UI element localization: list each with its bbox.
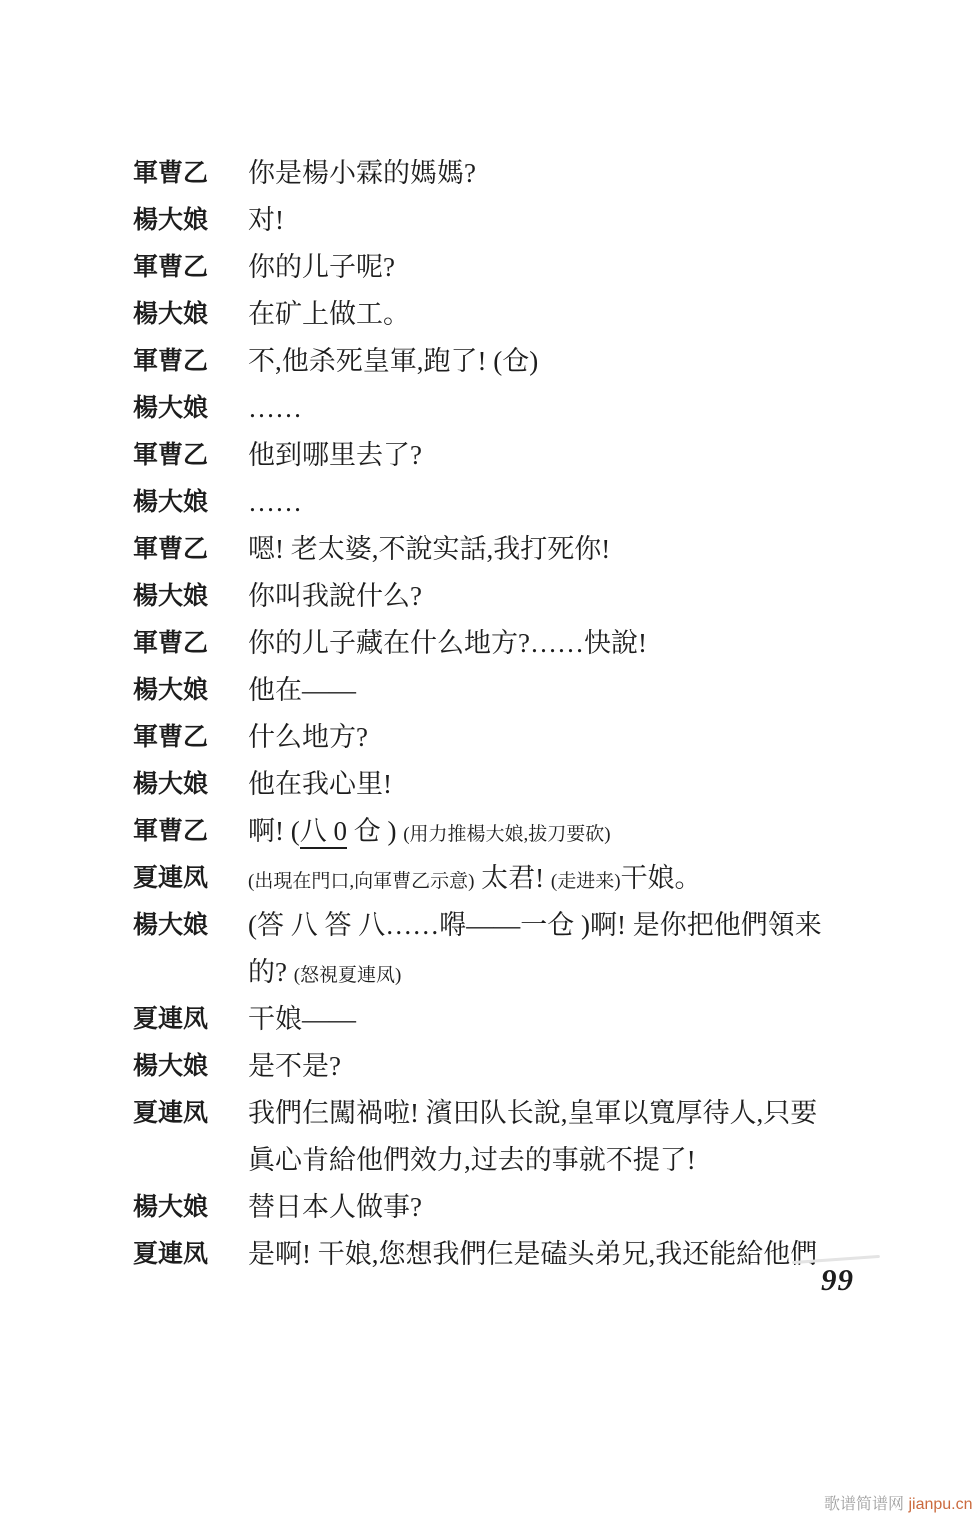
stage-direction: (走进来) [551,871,621,892]
watermark: 歌谱简谱网 jianpu.cn [824,1491,973,1514]
dialogue-row: 軍曹乙不,他杀死皇軍,跑了! (仓) [133,338,933,385]
dialogue-row: 夏連凤是啊! 干娘,您想我們仨是磕头弟兄,我还能給他們 [133,1231,933,1278]
dialogue-segment: 替日本人做事? [248,1192,422,1222]
dialogue-segment: 他在—— [248,675,356,705]
dialogue-text: …… [248,479,933,526]
dialogue-segment: 嗯! 老太婆,不說实話,我打死你! [248,534,610,564]
dialogue-row: 軍曹乙他到哪里去了? [133,432,933,479]
dialogue-segment: 是啊! 干娘,您想我們仨是磕头弟兄,我还能給他們 [248,1239,817,1269]
watermark-site-url: jianpu.cn [908,1496,972,1513]
dialogue-segment: 在矿上做工。 [248,299,410,329]
dialogue-row: 楊大娘…… [133,385,933,432]
scanned-page: 軍曹乙你是楊小霖的媽媽?楊大娘对!軍曹乙你的儿子呢?楊大娘在矿上做工。軍曹乙不,… [0,0,974,1524]
dialogue-row: 軍曹乙你是楊小霖的媽媽? [133,150,933,197]
dialogue-row: 楊大娘(答 八 答 八……嘚——一仓 )啊! 是你把他們領来 [133,902,933,949]
dialogue-segment: 眞心肯給他們效力,过去的事就不提了! [248,1145,696,1175]
dialogue-text: (出現在門口,向軍曹乙示意) 太君! (走进来)干娘。 [248,855,933,902]
speaker-name: 楊大娘 [133,1043,248,1090]
dialogue-row: 軍曹乙你的儿子藏在什么地方?……快說! [133,620,933,667]
page-number: 99 [821,1262,854,1298]
dialogue-text: 他在—— [248,667,933,714]
dialogue-row: 楊大娘他在—— [133,667,933,714]
dialogue-segment: 的? [248,957,294,987]
speaker-name: 楊大娘 [133,197,248,244]
stage-direction: (出現在門口,向軍曹乙示意) [248,871,474,892]
speaker-name: 軍曹乙 [133,620,248,667]
speaker-name: 楊大娘 [133,667,248,714]
dialogue-text: 你是楊小霖的媽媽? [248,150,933,197]
speaker-name: 軍曹乙 [133,808,248,855]
dialogue-row: 夏連凤(出現在門口,向軍曹乙示意) 太君! (走进来)干娘。 [133,855,933,902]
dialogue-row: 的? (怒視夏連凤) [133,949,933,996]
percussion-notation: 八 0 [300,816,347,849]
dialogue-segment: 我們仨闖禍啦! 濱田队长說,皇軍以寬厚待人,只要 [248,1098,817,1128]
dialogue-text: (答 八 答 八……嘚——一仓 )啊! 是你把他們領来 [248,902,933,949]
speaker-name: 夏連凤 [133,996,248,1043]
speaker-name: 楊大娘 [133,1184,248,1231]
dialogue-segment: 太君! [474,863,551,893]
dialogue-text: 对! [248,197,933,244]
dialogue-text: 替日本人做事? [248,1184,933,1231]
speaker-name: 夏連凤 [133,1090,248,1137]
speaker-name: 夏連凤 [133,1231,248,1278]
speaker-name: 楊大娘 [133,902,248,949]
dialogue-segment: 不,他杀死皇軍,跑了! (仓) [248,346,538,376]
dialogue-row: 楊大娘…… [133,479,933,526]
dialogue-segment: 干娘。 [621,863,702,893]
dialogue-row: 楊大娘替日本人做事? [133,1184,933,1231]
speaker-name: 軍曹乙 [133,526,248,573]
dialogue-segment: 什么地方? [248,722,368,752]
speaker-name: 軍曹乙 [133,150,248,197]
dialogue-text: 什么地方? [248,714,933,761]
speaker-name [133,949,248,996]
speaker-name [133,1137,248,1184]
dialogue-segment: 仓 ) [347,816,403,846]
dialogue-row: 軍曹乙啊! (八 0 仓 ) (用力推楊大娘,拔刀要砍) [133,808,933,855]
dialogue-text: 你叫我說什么? [248,573,933,620]
dialogue-text: 你的儿子呢? [248,244,933,291]
dialogue-row: 夏連凤干娘—— [133,996,933,1043]
dialogue-segment: 是不是? [248,1051,341,1081]
dialogue-segment: 你是楊小霖的媽媽? [248,158,476,188]
speaker-name: 軍曹乙 [133,432,248,479]
dialogue-row: 軍曹乙你的儿子呢? [133,244,933,291]
speaker-name: 楊大娘 [133,291,248,338]
stage-direction: (用力推楊大娘,拔刀要砍) [403,824,610,845]
dialogue-segment: …… [248,393,302,423]
speaker-name: 楊大娘 [133,385,248,432]
dialogue-text: 的? (怒視夏連凤) [248,949,933,996]
dialogue-row: 眞心肯給他們效力,过去的事就不提了! [133,1137,933,1184]
dialogue-segment: 啊! ( [248,816,300,846]
dialogue-row: 楊大娘他在我心里! [133,761,933,808]
dialogue-row: 夏連凤我們仨闖禍啦! 濱田队长說,皇軍以寬厚待人,只要 [133,1090,933,1137]
dialogue-text: 我們仨闖禍啦! 濱田队长說,皇軍以寬厚待人,只要 [248,1090,933,1137]
dialogue-segment: 你叫我說什么? [248,581,422,611]
watermark-site-name: 歌谱简谱网 [824,1496,904,1513]
dialogue-text: 干娘—— [248,996,933,1043]
dialogue-segment: 他到哪里去了? [248,440,422,470]
dialogue-text: 在矿上做工。 [248,291,933,338]
speaker-name: 軍曹乙 [133,338,248,385]
dialogue-text: 啊! (八 0 仓 ) (用力推楊大娘,拔刀要砍) [248,808,933,855]
dialogue-row: 楊大娘在矿上做工。 [133,291,933,338]
dialogue-row: 軍曹乙嗯! 老太婆,不說实話,我打死你! [133,526,933,573]
dialogue-text: …… [248,385,933,432]
dialogue-row: 軍曹乙什么地方? [133,714,933,761]
speaker-name: 楊大娘 [133,479,248,526]
dialogue-segment: …… [248,487,302,517]
dialogue-segment: 你的儿子呢? [248,252,395,282]
dialogue-text: 是不是? [248,1043,933,1090]
dialogue-text: 他在我心里! [248,761,933,808]
dialogue-text: 眞心肯給他們效力,过去的事就不提了! [248,1137,933,1184]
speaker-name: 軍曹乙 [133,244,248,291]
dialogue-segment: (答 八 答 八……嘚——一仓 )啊! 是你把他們領来 [248,910,822,940]
dialogue-row: 楊大娘是不是? [133,1043,933,1090]
dialogue-text: 嗯! 老太婆,不說实話,我打死你! [248,526,933,573]
dialogue-segment: 对! [248,205,284,235]
dialogue-text: 你的儿子藏在什么地方?……快說! [248,620,933,667]
speaker-name: 楊大娘 [133,573,248,620]
dialogue-segment: 干娘—— [248,1004,356,1034]
dialogue-text: 不,他杀死皇軍,跑了! (仓) [248,338,933,385]
dialogue-row: 楊大娘你叫我說什么? [133,573,933,620]
dialogue-text: 他到哪里去了? [248,432,933,479]
stage-direction: (怒視夏連凤) [294,965,402,986]
dialogue-segment: 你的儿子藏在什么地方?……快說! [248,628,647,658]
speaker-name: 軍曹乙 [133,714,248,761]
script-dialogue-area: 軍曹乙你是楊小霖的媽媽?楊大娘对!軍曹乙你的儿子呢?楊大娘在矿上做工。軍曹乙不,… [133,150,933,1278]
dialogue-row: 楊大娘对! [133,197,933,244]
speaker-name: 夏連凤 [133,855,248,902]
dialogue-segment: 他在我心里! [248,769,392,799]
speaker-name: 楊大娘 [133,761,248,808]
